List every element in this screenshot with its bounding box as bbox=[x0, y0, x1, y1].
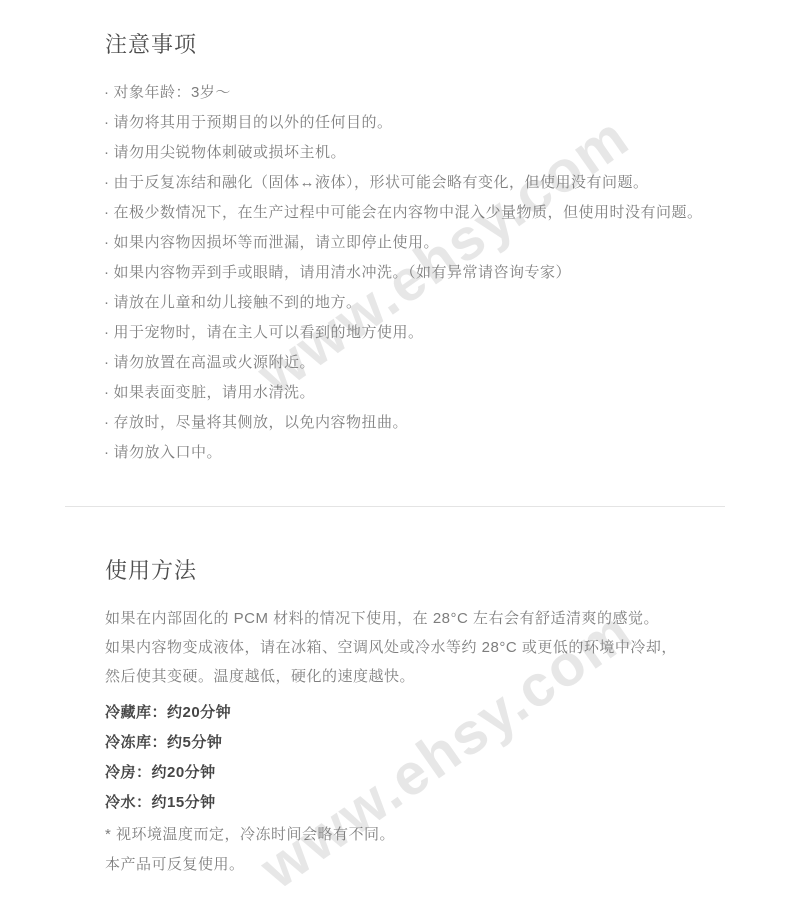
precautions-list: ·对象年龄：3岁～ ·请勿将其用于预期目的以外的任何目的。 ·请勿用尖锐物体刺破… bbox=[104, 78, 703, 468]
usage-paragraph-line: 然后使其变硬。温度越低，硬化的速度越快。 bbox=[105, 662, 677, 691]
list-item: ·请勿放置在高温或火源附近。 bbox=[104, 348, 703, 378]
bullet-dot-icon: · bbox=[104, 378, 110, 408]
precautions-section-title: 注意事项 bbox=[105, 28, 197, 59]
list-item: ·如果内容物弄到手或眼睛，请用清水冲洗。（如有异常请咨询专家） bbox=[104, 258, 703, 288]
bullet-dot-icon: · bbox=[104, 168, 110, 198]
usage-paragraph-line: 如果内容物变成液体，请在冰箱、空调风处或冷水等约 28°C 或更低的环境中冷却， bbox=[105, 633, 677, 662]
bullet-dot-icon: · bbox=[104, 258, 110, 288]
list-item: ·如果内容物因损坏等而泄漏，请立即停止使用。 bbox=[104, 228, 703, 258]
bullet-dot-icon: · bbox=[104, 198, 110, 228]
precaution-text: 请勿放入口中。 bbox=[114, 444, 223, 461]
list-item: ·请勿放入口中。 bbox=[104, 438, 703, 468]
list-item: ·由于反复冻结和融化（固体↔液体），形状可能会略有变化，但使用没有问题。 bbox=[104, 168, 703, 198]
list-item: ·用于宠物时，请在主人可以看到的地方使用。 bbox=[104, 318, 703, 348]
list-item: ·如果表面变脏，请用水清洗。 bbox=[104, 378, 703, 408]
product-manual-page: www.ehsy.com www.ehsy.com 注意事项 ·对象年龄：3岁～… bbox=[0, 0, 790, 898]
precaution-text: 请勿用尖锐物体刺破或损坏主机。 bbox=[114, 144, 347, 161]
bullet-dot-icon: · bbox=[104, 138, 110, 168]
cooling-time-item: 冷房：约20分钟 bbox=[105, 758, 231, 788]
list-item: ·请勿用尖锐物体刺破或损坏主机。 bbox=[104, 138, 703, 168]
usage-note: * 视环境温度而定，冷冻时间会略有不同。 bbox=[105, 820, 395, 850]
usage-paragraph: 如果在内部固化的 PCM 材料的情况下使用，在 28°C 左右会有舒适清爽的感觉… bbox=[105, 604, 677, 691]
cooling-time-item: 冷水：约15分钟 bbox=[105, 788, 231, 818]
bullet-dot-icon: · bbox=[104, 348, 110, 378]
bullet-dot-icon: · bbox=[104, 438, 110, 468]
bullet-dot-icon: · bbox=[104, 228, 110, 258]
bullet-dot-icon: · bbox=[104, 408, 110, 438]
usage-section-title: 使用方法 bbox=[105, 554, 197, 585]
precaution-text: 请勿将其用于预期目的以外的任何目的。 bbox=[114, 114, 393, 131]
precaution-text: 用于宠物时，请在主人可以看到的地方使用。 bbox=[114, 324, 424, 341]
precaution-text: 在极少数情况下，在生产过程中可能会在内容物中混入少量物质，但使用时没有问题。 bbox=[114, 204, 703, 221]
list-item: ·请勿将其用于预期目的以外的任何目的。 bbox=[104, 108, 703, 138]
list-item: ·存放时，尽量将其侧放，以免内容物扭曲。 bbox=[104, 408, 703, 438]
precaution-text: 由于反复冻结和融化（固体↔液体），形状可能会略有变化，但使用没有问题。 bbox=[114, 174, 649, 191]
usage-paragraph-line: 如果在内部固化的 PCM 材料的情况下使用，在 28°C 左右会有舒适清爽的感觉… bbox=[105, 604, 677, 633]
bullet-dot-icon: · bbox=[104, 108, 110, 138]
section-divider bbox=[65, 506, 725, 507]
list-item: ·对象年龄：3岁～ bbox=[104, 78, 703, 108]
precaution-text: 请勿放置在高温或火源附近。 bbox=[114, 354, 316, 371]
precaution-text: 如果内容物因损坏等而泄漏，请立即停止使用。 bbox=[114, 234, 440, 251]
precaution-text: 存放时，尽量将其侧放，以免内容物扭曲。 bbox=[114, 414, 409, 431]
precaution-text: 如果表面变脏，请用水清洗。 bbox=[114, 384, 316, 401]
cooling-time-item: 冷藏库：约20分钟 bbox=[105, 698, 231, 728]
list-item: ·在极少数情况下，在生产过程中可能会在内容物中混入少量物质，但使用时没有问题。 bbox=[104, 198, 703, 228]
usage-footer: 本产品可反复使用。 bbox=[105, 850, 245, 880]
bullet-dot-icon: · bbox=[104, 288, 110, 318]
precaution-text: 对象年龄：3岁～ bbox=[114, 84, 231, 101]
bullet-dot-icon: · bbox=[104, 78, 110, 108]
bullet-dot-icon: · bbox=[104, 318, 110, 348]
cooling-times-list: 冷藏库：约20分钟 冷冻库：约5分钟 冷房：约20分钟 冷水：约15分钟 bbox=[105, 698, 231, 818]
precaution-text: 如果内容物弄到手或眼睛，请用清水冲洗。（如有异常请咨询专家） bbox=[114, 264, 572, 281]
cooling-time-item: 冷冻库：约5分钟 bbox=[105, 728, 231, 758]
precaution-text: 请放在儿童和幼儿接触不到的地方。 bbox=[114, 294, 362, 311]
list-item: ·请放在儿童和幼儿接触不到的地方。 bbox=[104, 288, 703, 318]
